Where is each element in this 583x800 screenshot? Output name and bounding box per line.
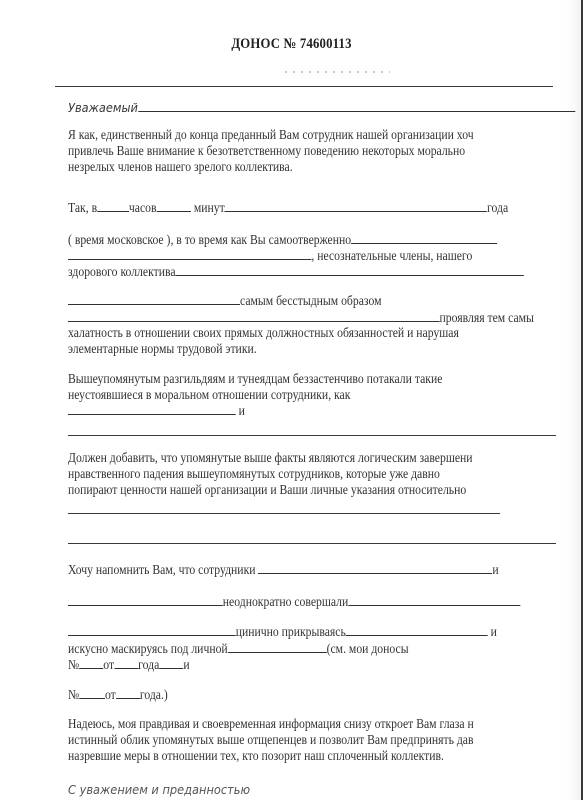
text-see-my-reports: (см. мои доносы [327,641,409,656]
activity-blank-1[interactable] [351,231,497,244]
instructions-blank-1[interactable] [68,513,500,514]
report-number-blank-1[interactable] [79,656,103,669]
accomplice-blank-2[interactable] [68,435,556,436]
closing-signature: С уважением и преданностью [68,782,250,798]
accomplice-blank-1[interactable] [68,402,236,415]
offense-blank[interactable] [348,593,520,606]
misconduct-blank-1[interactable] [68,292,240,305]
text-minutes: минут [194,200,225,215]
text-year-closing: года.) [140,687,168,702]
document-title: ДОНОС № 74600113 [35,36,548,53]
header-rule [55,86,553,87]
paragraph-2-line-3: , несознательные члены, нашего [68,247,472,264]
paragraph-7-line-2: истинный облик упомянутых выше отщепенце… [68,732,474,748]
text-hours: часов [129,200,157,215]
date-blank[interactable] [225,199,487,212]
paragraph-3-line-1: самым бесстыдным образом [68,292,381,309]
report-date-blank-1[interactable] [114,656,138,669]
text-and: и [491,624,497,639]
paragraph-5-line-2: нравственного падения вышеупомянутых сот… [68,466,440,482]
paragraph-5-line-1: Должен добавить, что упомянутые выше фак… [68,450,473,466]
text-remind-you: Хочу напомнить Вам, что сотрудники [68,562,256,577]
paragraph-3-line-3: халатность в отношении своих прямых долж… [68,325,459,341]
report-year-blank-1[interactable] [159,656,183,669]
text-thereby-showing: проявляя тем самы [440,310,534,325]
paragraph-3-line-2: проявляя тем самы [68,309,534,326]
paragraph-6-line-4: искусно маскируясь под личной(см. мои до… [68,640,409,657]
paragraph-4-line-3: и [68,402,245,419]
paragraph-4-line-2: неустоявшиеся в моральном отношении сотр… [68,387,350,403]
salutation-line: Уважаемый [68,99,575,116]
report-date-blank-2[interactable] [116,686,140,699]
paragraph-2-line-1: Так, вчасов минутгода [68,199,508,216]
report-number-blank-2[interactable] [79,686,105,699]
collective-blank[interactable] [176,263,524,276]
text-shameless-way: самым бесстыдным образом [240,293,381,308]
text-disguising: искусно маскируясь под личной [68,641,228,656]
page-edge-shadow [563,0,581,800]
paragraph-5-line-3: попирают ценности нашей организации и Ва… [68,482,466,498]
paragraph-6-line-1: Хочу напомнить Вам, что сотрудники и [68,561,499,578]
paragraph-2-line-4: здорового коллектива [68,263,524,280]
minutes-blank[interactable] [157,199,191,212]
salutation-label: Уважаемый [68,101,138,115]
pretext-blank-2[interactable] [346,623,488,636]
text-healthy-collective: здорового коллектива [68,264,176,279]
paragraph-2-line-2: ( время московское ), в то время как Вы … [68,231,497,248]
text-unconscious-members: , несознательные члены, нашего [311,248,472,263]
paragraph-6-line-3: цинично прикрываясь и [68,623,497,640]
addressee-blank[interactable] [138,99,575,112]
paragraph-6-line-6: №отгода.) [68,686,168,703]
misconduct-blank-2[interactable] [68,309,440,322]
text-and: и [492,562,498,577]
paragraph-1-line-2: привлечь Ваше внимание к безответственно… [68,143,465,159]
employees-blank[interactable] [258,561,492,574]
text-from: от [105,687,116,702]
activity-blank-2[interactable] [68,247,311,260]
paragraph-4-line-1: Вышеупомянутым разгильдяям и тунеядцам б… [68,371,442,387]
text-repeatedly-committed: неоднократно совершали [223,594,348,609]
text-and: и [183,657,189,672]
paragraph-7-line-1: Надеюсь, моя правдивая и своевременная и… [68,716,474,732]
text-number-sign: № [68,657,79,672]
text-cynically-covering: цинично прикрываясь [236,624,346,639]
text-moscow-time: ( время московское ), в то время как Вы … [68,232,351,247]
text-from: от [103,657,114,672]
text-year: года [138,657,159,672]
employee-blank-2[interactable] [68,593,223,606]
pretext-blank-1[interactable] [68,623,236,636]
paragraph-1-line-3: незрелых членов нашего зрелого коллектив… [68,159,293,175]
mask-blank[interactable] [228,640,327,653]
instructions-blank-2[interactable] [68,543,556,544]
paragraph-7-line-3: назревшие меры в отношении тех, кто позо… [68,748,444,764]
hours-blank[interactable] [97,199,129,212]
paragraph-3-line-4: элементарные нормы трудовой этики. [68,341,257,357]
paragraph-6-line-5: №отгодаи [68,656,190,673]
faint-scan-marks [285,71,390,73]
text-number-sign: № [68,687,79,702]
paragraph-6-line-2: неоднократно совершали [68,593,520,610]
text-tak-v: Так, в [68,200,97,215]
text-year: года [487,200,508,215]
text-and: и [239,403,245,418]
paragraph-1-line-1: Я как, единственный до конца преданный В… [68,127,474,143]
